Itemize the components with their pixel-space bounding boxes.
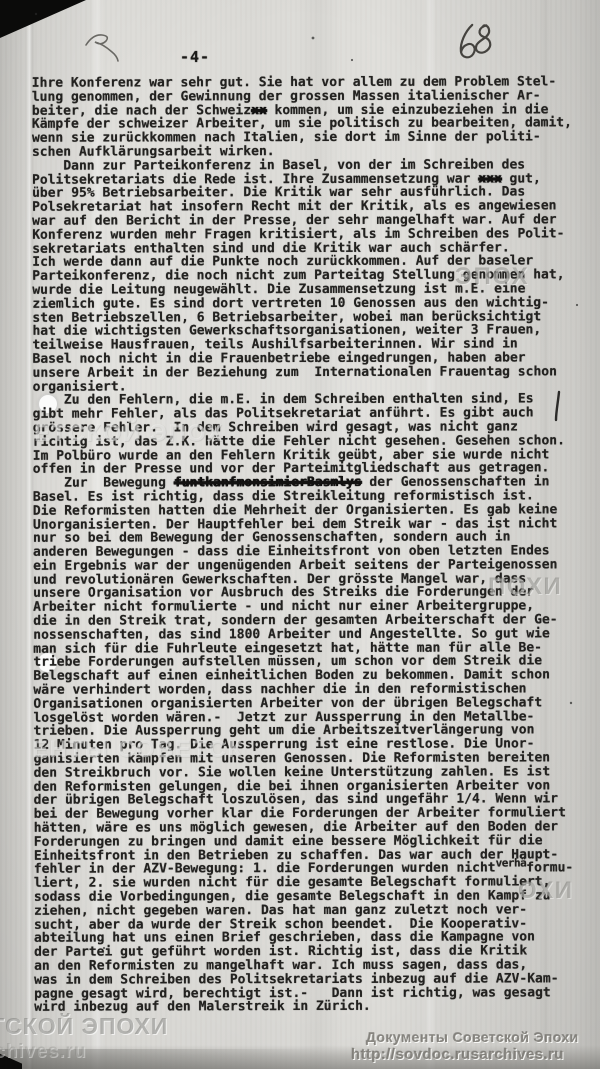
page-number: -4- (180, 49, 210, 65)
body-text: Ihre Konferenz war sehr gut. Sie hat vor… (32, 75, 590, 1015)
bottom-edge-shadow-left (0, 1049, 320, 1069)
document-page: -4- Ihre Konferenz war sehr gut. Sie hat… (0, 0, 600, 1069)
watermark-text: Документы Советской Эпохи (366, 1029, 579, 1045)
inserted-text: verhä (496, 857, 527, 870)
scan-corner-top-left (0, 0, 86, 38)
scan-corner-bottom-left (0, 1051, 22, 1069)
document-line: wenn sie zurückkommen nach Italien, sie … (32, 130, 588, 145)
document-line: wird inbezug auf den Malerstreik in Züri… (34, 1000, 590, 1015)
handwritten-number-strokes (458, 23, 491, 58)
bottom-edge-shadow (0, 1045, 600, 1069)
watermark-text: ТСКОЙ ЭПОХИ (0, 1013, 168, 1040)
pencil-mark (86, 35, 118, 61)
document-line: unsere Arbeit in der Beziehung zum Inter… (33, 365, 589, 380)
watermark-text: http://sovdoc.rusarchives.ru (351, 1046, 564, 1063)
